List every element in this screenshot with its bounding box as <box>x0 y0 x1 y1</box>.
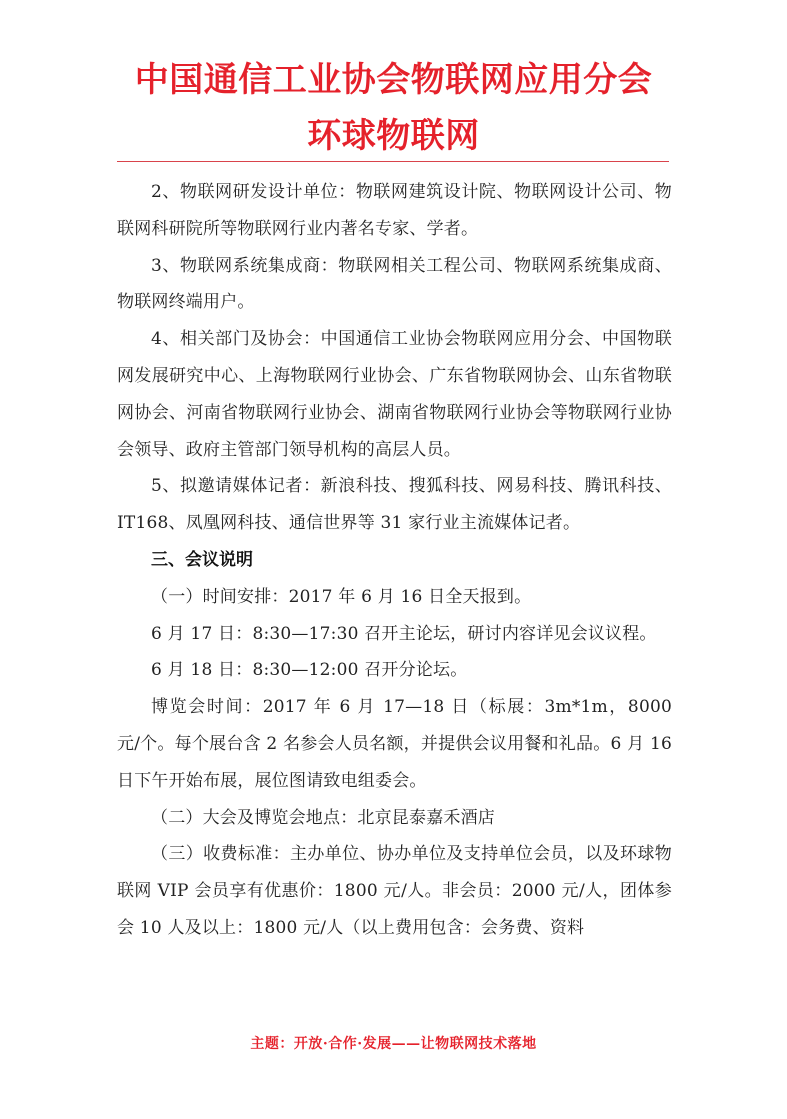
organization-subtitle: 环球物联网 <box>0 108 787 164</box>
organization-title: 中国通信工业协会物联网应用分会 <box>0 52 787 108</box>
document-body: 2、物联网研发设计单位：物联网建筑设计院、物联网设计公司、物联网科研院所等物联网… <box>117 174 672 947</box>
paragraph-schedule-registration: （一）时间安排：2017 年 6 月 16 日全天报到。 <box>117 579 672 616</box>
paragraph-attendee-associations: 4、相关部门及协会：中国通信工业协会物联网应用分会、中国物联网发展研究中心、上海… <box>117 321 672 468</box>
paragraph-attendee-media: 5、拟邀请媒体记者：新浪科技、搜狐科技、网易科技、腾讯科技、IT168、凤凰网科… <box>117 468 672 542</box>
paragraph-schedule-main-forum: 6 月 17 日：8:30—17:30 召开主论坛，研讨内容详见会议议程。 <box>117 616 672 653</box>
section-heading-meeting-notes: 三、会议说明 <box>117 542 672 579</box>
footer-theme: 主题：开放·合作·发展——让物联网技术落地 <box>0 1033 787 1053</box>
paragraph-schedule-sub-forum: 6 月 18 日：8:30—12:00 召开分论坛。 <box>117 652 672 689</box>
paragraph-expo-time: 博览会时间：2017 年 6 月 17—18 日（标展：3m*1m，8000 元… <box>117 689 672 799</box>
paragraph-attendee-integrators: 3、物联网系统集成商：物联网相关工程公司、物联网系统集成商、物联网终端用户。 <box>117 248 672 322</box>
header-divider <box>117 161 669 162</box>
paragraph-attendee-design-units: 2、物联网研发设计单位：物联网建筑设计院、物联网设计公司、物联网科研院所等物联网… <box>117 174 672 248</box>
paragraph-fees: （三）收费标准：主办单位、协办单位及支持单位会员，以及环球物联网 VIP 会员享… <box>117 836 672 946</box>
document-header: 中国通信工业协会物联网应用分会 环球物联网 <box>0 52 787 164</box>
paragraph-venue: （二）大会及博览会地点：北京昆泰嘉禾酒店 <box>117 800 672 837</box>
